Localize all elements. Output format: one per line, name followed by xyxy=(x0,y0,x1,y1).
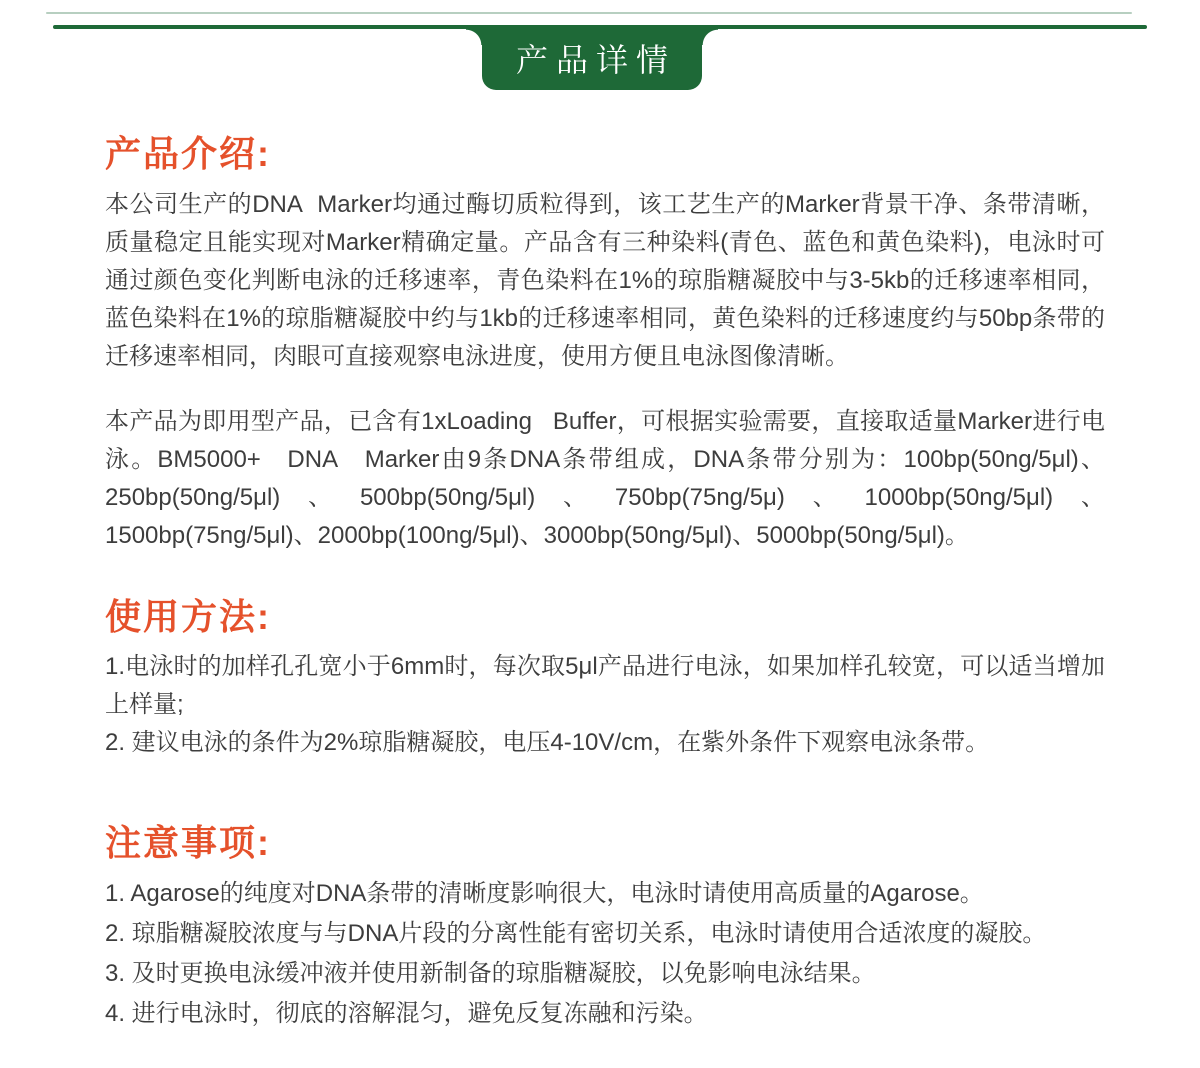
intro-heading: 产品介绍: xyxy=(105,130,1105,178)
usage-list: 1.电泳时的加样孔孔宽小于6mm时，每次取5μl产品进行电泳，如果加样孔较宽，可… xyxy=(105,648,1105,762)
list-item: 3. 及时更换电泳缓冲液并使用新制备的琼脂糖凝胶，以免影响电泳结果。 xyxy=(105,954,1105,994)
page-header: 产品详情 xyxy=(0,0,1200,95)
banner-title: 产品详情 xyxy=(508,35,676,81)
list-item: 1.电泳时的加样孔孔宽小于6mm时，每次取5μl产品进行电泳，如果加样孔较宽，可… xyxy=(105,648,1105,724)
usage-heading: 使用方法: xyxy=(105,593,1105,641)
list-item: 1. Agarose的纯度对DNA条带的清晰度影响很大，电泳时请使用高质量的Ag… xyxy=(105,874,1105,914)
product-detail-banner: 产品详情 xyxy=(482,25,702,90)
notes-heading: 注意事项: xyxy=(105,819,1105,867)
intro-paragraph: 本产品为即用型产品，已含有1xLoading Buffer，可根据实验需要，直接… xyxy=(105,403,1105,555)
notes-list: 1. Agarose的纯度对DNA条带的清晰度影响很大，电泳时请使用高质量的Ag… xyxy=(105,874,1105,1034)
decor-thin-line xyxy=(46,12,1132,14)
intro-paragraph: 本公司生产的DNA Marker均通过酶切质粒得到，该工艺生产的Marker背景… xyxy=(105,186,1105,376)
list-item: 2. 建议电泳的条件为2%琼脂糖凝胶，电压4-10V/cm，在紫外条件下观察电泳… xyxy=(105,724,1105,762)
section-usage: 使用方法: 1.电泳时的加样孔孔宽小于6mm时，每次取5μl产品进行电泳，如果加… xyxy=(105,593,1105,762)
list-item: 4. 进行电泳时，彻底的溶解混匀，避免反复冻融和污染。 xyxy=(105,994,1105,1034)
list-item: 2. 琼脂糖凝胶浓度与与DNA片段的分离性能有密切关系，电泳时请使用合适浓度的凝… xyxy=(105,914,1105,954)
page-content: 产品介绍: 本公司生产的DNA Marker均通过酶切质粒得到，该工艺生产的Ma… xyxy=(105,130,1105,1034)
section-notes: 注意事项: 1. Agarose的纯度对DNA条带的清晰度影响很大，电泳时请使用… xyxy=(105,819,1105,1034)
section-intro: 产品介绍: 本公司生产的DNA Marker均通过酶切质粒得到，该工艺生产的Ma… xyxy=(105,130,1105,555)
